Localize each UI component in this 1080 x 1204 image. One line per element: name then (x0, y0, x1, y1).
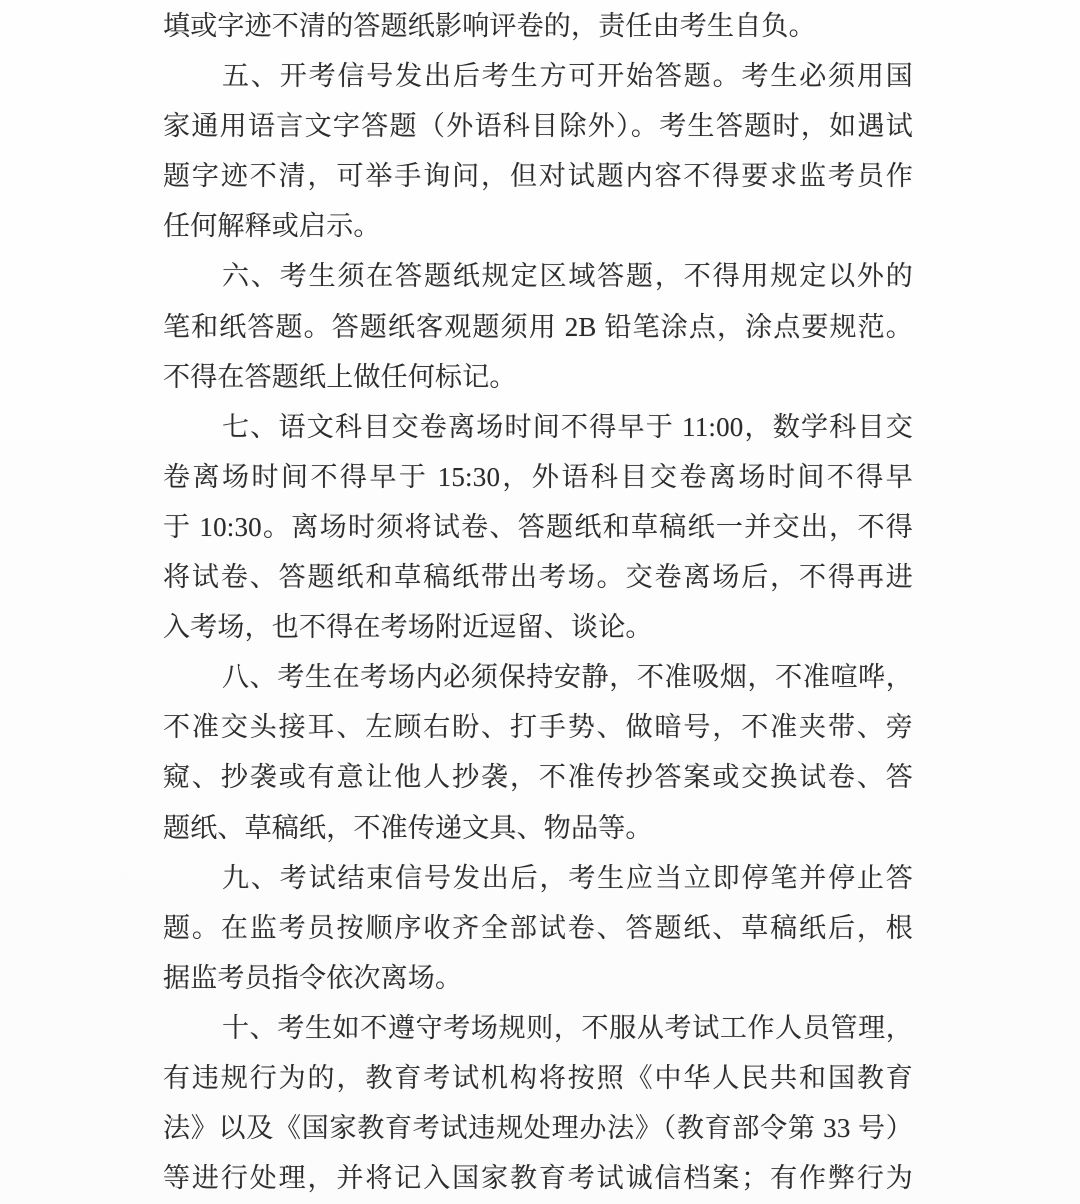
text-line: 六、考生须在答题纸规定区域答题，不得用规定以外的 (163, 251, 913, 301)
text-line: 笔和纸答题。答题纸客观题须用 2B 铅笔涂点，涂点要规范。 (163, 302, 913, 352)
rule-4-continuation-paragraph: 填或字迹不清的答题纸影响评卷的，责任由考生自负。 (163, 1, 913, 51)
text-line: 法》以及《国家教育考试违规处理办法》（教育部令第 33 号） (163, 1103, 913, 1153)
text-line: 题字迹不清，可举手询问，但对试题内容不得要求监考员作 (163, 151, 913, 201)
text-line: 卷离场时间不得早于 15:30，外语科目交卷离场时间不得早 (163, 452, 913, 502)
exam-rules-text-block: 填或字迹不清的答题纸影响评卷的，责任由考生自负。五、开考信号发出后考生方可开始答… (163, 1, 913, 1203)
rule-7-paragraph: 七、语文科目交卷离场时间不得早于 11:00，数学科目交卷离场时间不得早于 15… (163, 402, 913, 652)
document-page: 填或字迹不清的答题纸影响评卷的，责任由考生自负。五、开考信号发出后考生方可开始答… (0, 0, 1080, 1204)
rule-8-paragraph: 八、考生在考场内必须保持安静，不准吸烟，不准喧哗，不准交头接耳、左顾右盼、打手势… (163, 652, 913, 852)
text-line: 五、开考信号发出后考生方可开始答题。考生必须用国 (163, 51, 913, 101)
text-line: 入考场，也不得在考场附近逗留、谈论。 (163, 602, 913, 652)
text-line: 有违规行为的，教育考试机构将按照《中华人民共和国教育 (163, 1053, 913, 1103)
text-line: 不准交头接耳、左顾右盼、打手势、做暗号，不准夹带、旁 (163, 702, 913, 752)
text-line: 题纸、草稿纸，不准传递文具、物品等。 (163, 803, 913, 853)
rule-10-paragraph: 十、考生如不遵守考场规则，不服从考试工作人员管理，有违规行为的，教育考试机构将按… (163, 1003, 913, 1203)
rule-6-paragraph: 六、考生须在答题纸规定区域答题，不得用规定以外的笔和纸答题。答题纸客观题须用 2… (163, 251, 913, 401)
text-line: 将试卷、答题纸和草稿纸带出考场。交卷离场后，不得再进 (163, 552, 913, 602)
rule-5-paragraph: 五、开考信号发出后考生方可开始答题。考生必须用国家通用语言文字答题（外语科目除外… (163, 51, 913, 251)
text-line: 于 10:30。离场时须将试卷、答题纸和草稿纸一并交出，不得 (163, 502, 913, 552)
text-line: 窥、抄袭或有意让他人抄袭，不准传抄答案或交换试卷、答 (163, 752, 913, 802)
text-line: 等进行处理，并将记入国家教育考试诚信档案；有作弊行为 (163, 1153, 913, 1203)
text-line: 据监考员指令依次离场。 (163, 953, 913, 1003)
text-line: 七、语文科目交卷离场时间不得早于 11:00，数学科目交 (163, 402, 913, 452)
text-line: 十、考生如不遵守考场规则，不服从考试工作人员管理， (163, 1003, 913, 1053)
text-line: 填或字迹不清的答题纸影响评卷的，责任由考生自负。 (163, 1, 913, 51)
text-line: 不得在答题纸上做任何标记。 (163, 352, 913, 402)
text-line: 任何解释或启示。 (163, 201, 913, 251)
rule-9-paragraph: 九、考试结束信号发出后，考生应当立即停笔并停止答题。在监考员按顺序收齐全部试卷、… (163, 853, 913, 1003)
text-line: 八、考生在考场内必须保持安静，不准吸烟，不准喧哗， (163, 652, 913, 702)
text-line: 九、考试结束信号发出后，考生应当立即停笔并停止答 (163, 853, 913, 903)
text-line: 题。在监考员按顺序收齐全部试卷、答题纸、草稿纸后，根 (163, 903, 913, 953)
text-line: 家通用语言文字答题（外语科目除外）。考生答题时，如遇试 (163, 101, 913, 151)
